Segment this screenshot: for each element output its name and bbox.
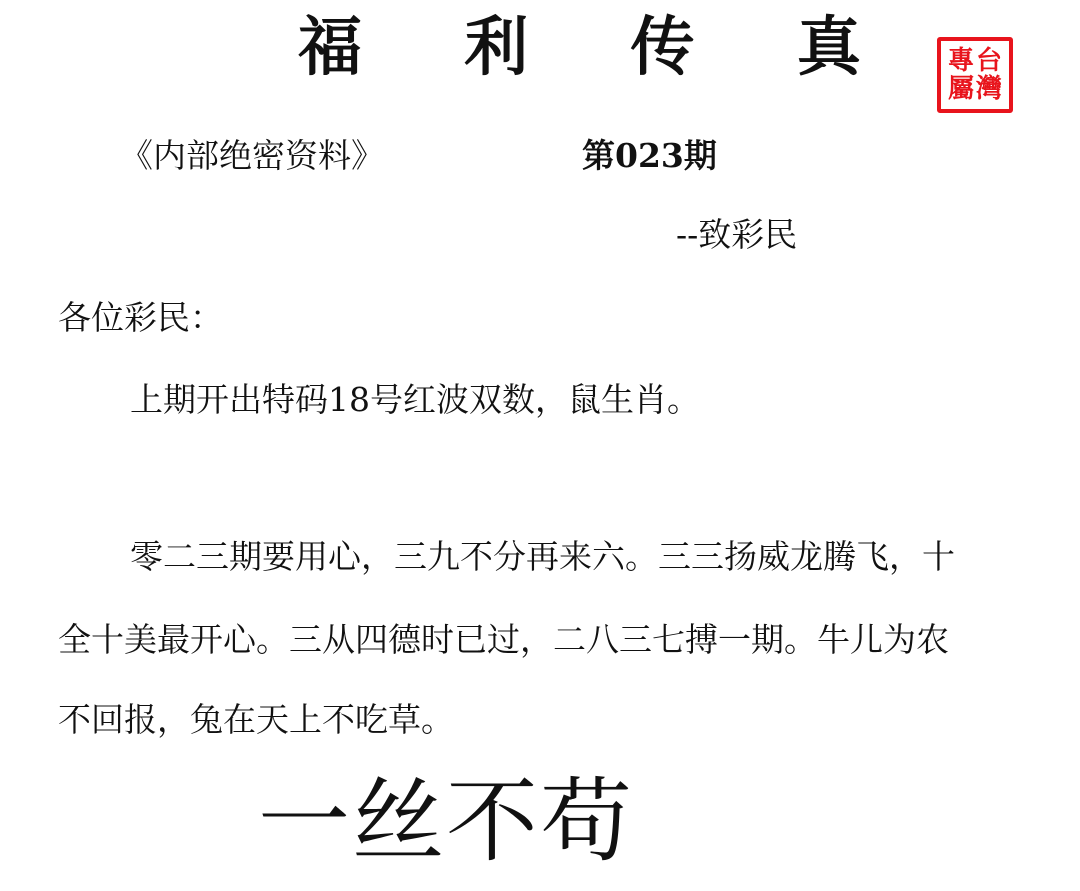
stamp-right-column: 台灣	[976, 47, 1002, 103]
last-result: 上期开出特码18号红波双数，鼠生肖。	[130, 380, 700, 420]
motto: 一丝不苟	[258, 772, 634, 872]
issue-number: 第023期	[582, 136, 717, 176]
greeting: 各位彩民：	[58, 298, 223, 338]
poem-line: 全十美最开心。三从四德时已过，二八三七搏一期。牛儿为农	[58, 620, 949, 660]
dedication: --致彩民	[676, 215, 797, 255]
stamp-left-column: 專屬	[948, 47, 974, 103]
poem-line: 零二三期要用心，三九不分再来六。三三扬威龙腾飞，十	[130, 537, 955, 577]
document-title: 福 利 传 真	[298, 8, 901, 88]
stamp-text: 專屬	[948, 47, 974, 103]
poem-line: 不回报，兔在天上不吃草。	[58, 700, 454, 740]
stamp-text: 台灣	[976, 47, 1002, 103]
publication-label: 《内部绝密资料》	[120, 136, 384, 176]
red-seal-stamp: 台灣 專屬	[937, 37, 1013, 113]
